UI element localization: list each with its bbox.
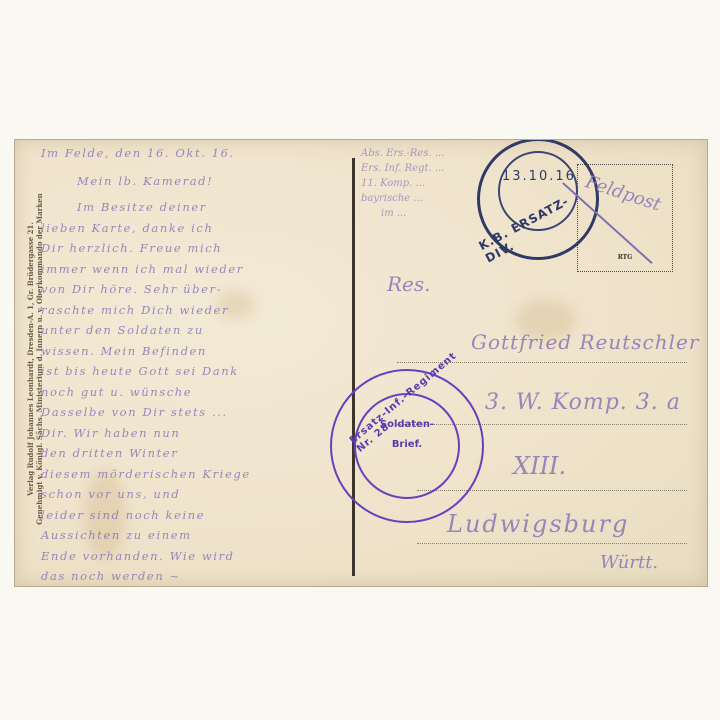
- regiment-stamp: Ersatz-Inf.-Regiment Nr. 28 Soldaten- Br…: [330, 369, 484, 523]
- message-line: unter den Soldaten zu: [41, 323, 204, 337]
- sender-line: Abs. Ers.-Res. ...: [361, 148, 444, 159]
- address-state: Württ.: [600, 552, 658, 573]
- stamp-box: Feldpost RTG: [577, 164, 673, 272]
- message-line: Dasselbe von Dir stets ...: [41, 405, 228, 419]
- imprint-line: Verlag Rudolf Johannes Leonhardt, Dresde…: [26, 149, 35, 569]
- sender-line: Ers. Inf. Regt. ...: [361, 163, 444, 174]
- message-line: von Dir höre. Sehr über-: [41, 282, 222, 296]
- feldpost-note: Feldpost: [583, 171, 664, 215]
- dateline: Im Felde, den 16. Okt. 16.: [41, 146, 235, 160]
- message-line: Dir. Wir haben nun: [41, 426, 180, 440]
- regiment-stamp-center: Soldaten- Brief.: [332, 415, 482, 455]
- stamp-center-line: Soldaten-: [332, 415, 482, 435]
- address-name: Gottfried Reutschler: [471, 330, 699, 354]
- message-line: lieben Karte, danke ich: [41, 221, 213, 235]
- publisher-imprint: Verlag Rudolf Johannes Leonhardt, Dresde…: [26, 149, 44, 569]
- message-line: schon vor uns, und: [41, 487, 180, 501]
- sender-line: bayrische ...: [361, 193, 423, 204]
- message-line: noch gut u. wünsche: [41, 385, 192, 399]
- center-divider: [352, 158, 355, 576]
- message-line: raschte mich Dich wieder: [41, 303, 229, 317]
- message-line: wissen. Mein Befinden: [41, 344, 207, 358]
- postmark-date: 13.10.16: [502, 169, 576, 184]
- address-unit: 3. W. Komp. 3. a: [485, 390, 681, 415]
- postcard-back: Verlag Rudolf Johannes Leonhardt, Dresde…: [14, 139, 708, 587]
- stamp-box-label: RTG: [578, 254, 672, 261]
- address-city: Ludwigsburg: [447, 510, 629, 538]
- message-line: Dir herzlich. Freue mich: [41, 241, 222, 255]
- message-line: Aussichten zu einem: [41, 528, 192, 542]
- salutation: Mein lb. Kamerad!: [77, 174, 213, 188]
- address-prefix: Res.: [387, 272, 431, 296]
- message-line: den dritten Winter: [41, 446, 178, 460]
- message-line: Im Besitze deiner: [77, 200, 207, 214]
- address-corps: XIII.: [513, 452, 566, 480]
- sender-line: 11. Komp. ...: [361, 178, 425, 189]
- imprint-line: Genehmigt v. Königl. Sächs. Ministerium …: [35, 149, 44, 569]
- stamp-center-line: Brief.: [332, 435, 482, 455]
- sender-line: im ...: [381, 208, 406, 219]
- message-line: leider sind noch keine: [41, 508, 205, 522]
- message-line: Ende vorhanden. Wie wird: [41, 549, 235, 563]
- message-line: immer wenn ich mal wieder: [41, 262, 244, 276]
- message-line: diesem mörderischen Kriege: [41, 467, 251, 481]
- message-line: ist bis heute Gott sei Dank: [41, 364, 239, 378]
- address-line: [417, 543, 687, 544]
- message-line: das noch werden ~: [41, 569, 181, 583]
